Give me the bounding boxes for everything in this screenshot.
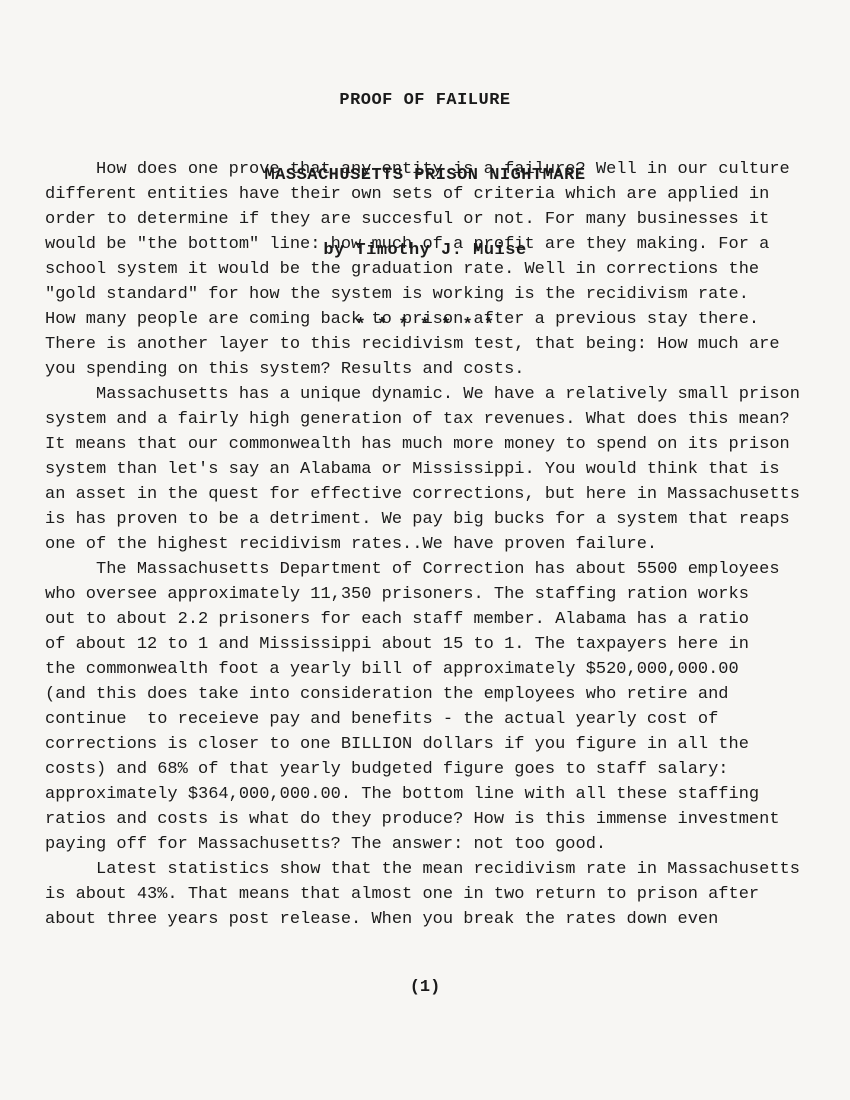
body-line: continue to receieve pay and benefits - … [45,707,827,732]
body-line: How does one prove that any entity is a … [45,157,827,182]
body-line: Latest statistics show that the mean rec… [45,857,827,882]
body-line: ratios and costs is what do they produce… [45,807,827,832]
body-line: It means that our commonwealth has much … [45,432,827,457]
document-body: How does one prove that any entity is a … [45,157,827,932]
body-line: who oversee approximately 11,350 prisone… [45,582,827,607]
body-line: costs) and 68% of that yearly budgeted f… [45,757,827,782]
page-number: (1) [0,975,850,1000]
body-line: How many people are coming back to priso… [45,307,827,332]
body-line: system than let's say an Alabama or Miss… [45,457,827,482]
document-title: PROOF OF FAILURE [0,88,850,113]
body-line: "gold standard" for how the system is wo… [45,282,827,307]
body-line: an asset in the quest for effective corr… [45,482,827,507]
body-line: about three years post release. When you… [45,907,827,932]
body-line: system and a fairly high generation of t… [45,407,827,432]
body-line: out to about 2.2 prisoners for each staf… [45,607,827,632]
document-page: PROOF OF FAILURE MASSACHUSETTS PRISON NI… [0,0,850,1100]
body-line: The Massachusetts Department of Correcti… [45,557,827,582]
body-line: paying off for Massachusetts? The answer… [45,832,827,857]
body-line: you spending on this system? Results and… [45,357,827,382]
body-line: school system it would be the graduation… [45,257,827,282]
body-line: Massachusetts has a unique dynamic. We h… [45,382,827,407]
body-line: would be "the bottom" line: how much of … [45,232,827,257]
body-line: different entities have their own sets o… [45,182,827,207]
body-line: the commonwealth foot a yearly bill of a… [45,657,827,682]
body-line: one of the highest recidivism rates..We … [45,532,827,557]
body-line: approximately $364,000,000.00. The botto… [45,782,827,807]
body-line: is has proven to be a detriment. We pay … [45,507,827,532]
body-line: (and this does take into consideration t… [45,682,827,707]
body-line: of about 12 to 1 and Mississippi about 1… [45,632,827,657]
body-line: is about 43%. That means that almost one… [45,882,827,907]
body-line: corrections is closer to one BILLION dol… [45,732,827,757]
body-line: order to determine if they are succesful… [45,207,827,232]
body-line: There is another layer to this recidivis… [45,332,827,357]
